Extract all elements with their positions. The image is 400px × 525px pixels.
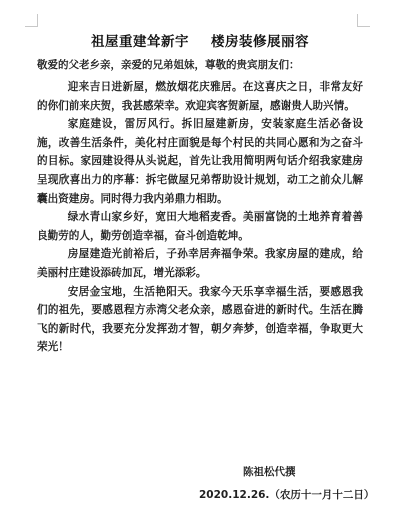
document-date: 2020.12.26.（农历十一月十二日） xyxy=(199,487,374,502)
paragraph-4: 房屋建造光前裕后，子孙幸居奔福争荣。我家房屋的建成，给美丽村庄建设添砖加瓦，增光… xyxy=(37,245,363,282)
document-page: 祖屋重建耸新宇楼房装修展丽容 敬爱的父老乡亲，亲爱的兄弟姐妹，尊敬的贵宾朋友们：… xyxy=(0,0,400,525)
title-part-1: 祖屋重建耸新宇 xyxy=(91,34,189,50)
paragraph-5: 安居金宝地，生活艳阳天。我家今天乐享幸福生活，要感恩我们的祖先，要感恩程方赤湾父… xyxy=(37,283,363,357)
title-part-2: 楼房装修展丽容 xyxy=(211,34,309,50)
margin-corner-mark-top-left xyxy=(25,14,38,27)
paragraph-1: 迎来吉日进新屋，燃放烟花庆雅居。在这喜庆之日，非常友好的你们前来庆贺，我甚感荣幸… xyxy=(37,78,363,115)
greeting-line: 敬爱的父老乡亲，亲爱的兄弟姐妹，尊敬的贵宾朋友们： xyxy=(37,57,300,72)
document-body: 迎来吉日进新屋，燃放烟花庆雅居。在这喜庆之日，非常友好的你们前来庆贺，我甚感荣幸… xyxy=(37,78,363,357)
document-title: 祖屋重建耸新宇楼房装修展丽容 xyxy=(0,30,400,50)
signature: 陈祖松代撰 xyxy=(243,464,296,479)
margin-corner-mark-top-right xyxy=(357,14,370,27)
paragraph-3: 绿水青山家乡好，宽田大地稻麦香。美丽富饶的土地养育着善良勤劳的人，勤劳创造幸福，… xyxy=(37,208,363,245)
paragraph-2: 家庭建设，雷厉风行。拆旧屋建新房，安装家庭生活必备设施，改善生活条件，美化村庄面… xyxy=(37,115,363,208)
